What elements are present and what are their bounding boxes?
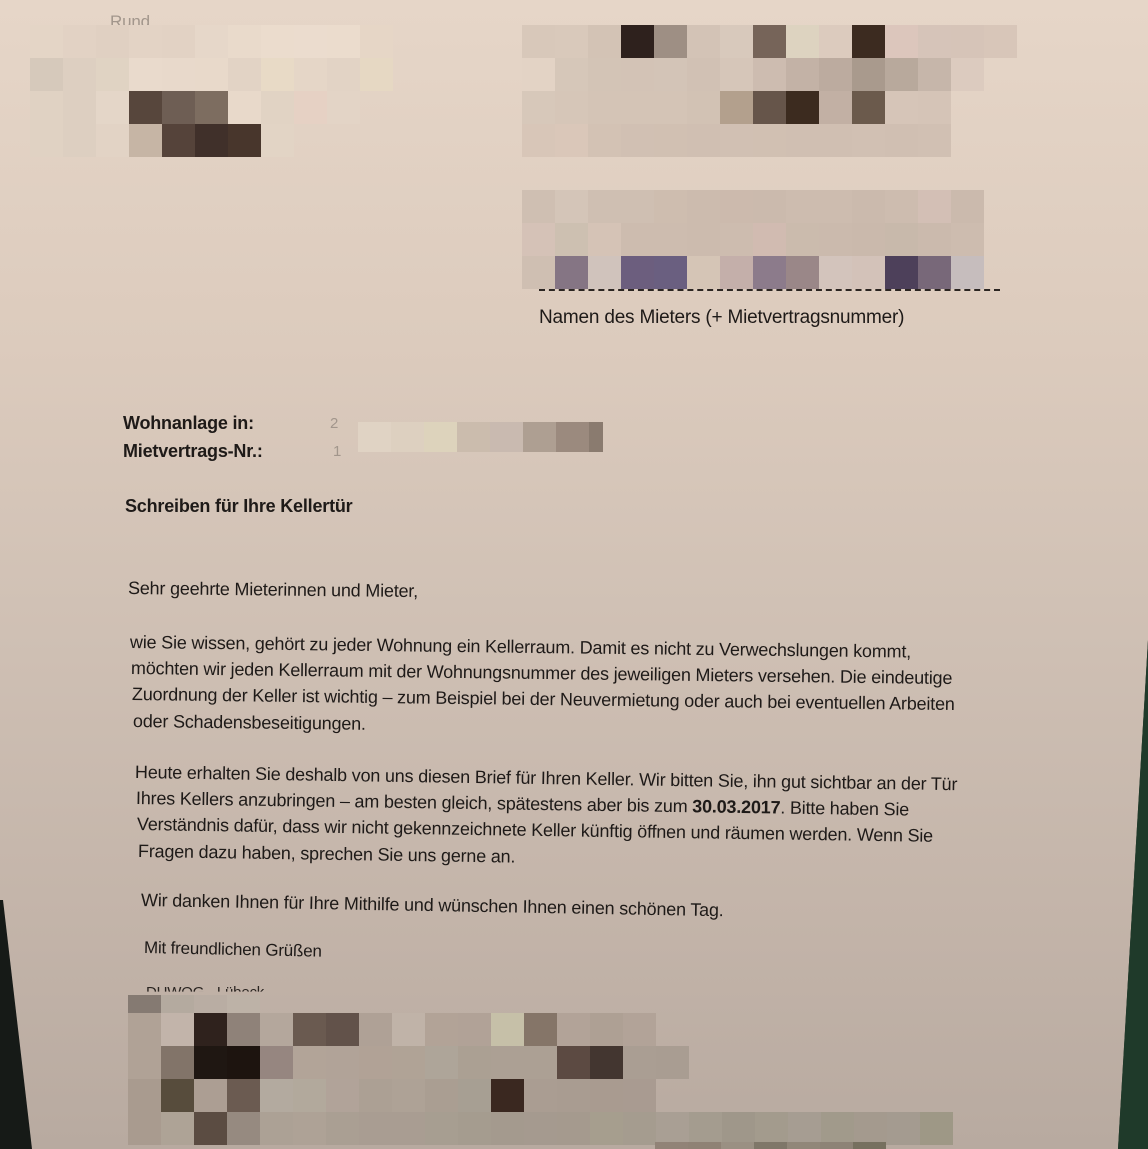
letter-subject: Schreiben für Ihre Kellertür [125,496,352,517]
property-label: Wohnanlage in: [123,413,254,434]
closing-greeting: Mit freundlichen Grüßen [144,938,322,962]
reference-values-redacted [358,422,603,452]
recipient-signature-line [539,289,1000,291]
deadline-date: 30.03.2017 [692,796,780,817]
contract-number-label: Mietvertrags-Nr.: [123,441,263,462]
paragraph-1-line-3: Zuordnung der Keller ist wichtig – zum B… [132,684,955,715]
paragraph-2-line-4: Fragen dazu haben, sprechen Sie uns gern… [138,841,516,868]
letter-page: Rund [0,0,1148,1149]
contract-number-value: 1 [333,443,341,460]
property-value: 2 [330,415,338,432]
paragraph-2-text-before-deadline: Ihres Kellers anzubringen – am besten gl… [136,788,693,816]
paragraph-1-line-2: möchten wir jeden Kellerraum mit der Woh… [131,658,952,689]
closing-thanks: Wir danken Ihnen für Ihre Mithilfe und w… [141,890,724,921]
salutation: Sehr geehrte Mieterinnen und Mieter, [128,578,418,602]
paragraph-1-line-1: wie Sie wissen, gehört zu jeder Wohnung … [130,632,911,663]
recipient-caption: Namen des Mieters (+ Mietvertragsnummer) [539,307,904,329]
paragraph-1-line-4: oder Schadensbeseitigungen. [133,711,366,735]
paragraph-2-text-after-deadline: . Bitte haben Sie [780,798,909,820]
